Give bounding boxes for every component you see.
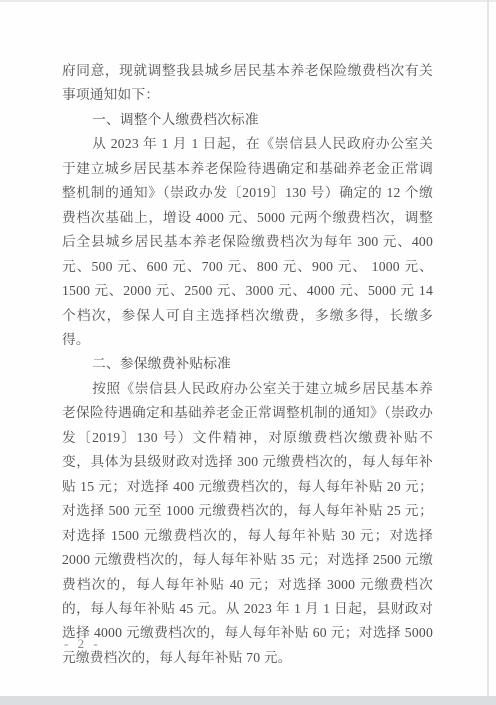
page-top-edge: [0, 0, 496, 2]
bottom-gray-bar: [0, 696, 496, 705]
paragraph-section-2: 按照《崇信县人民政府办公室关于建立城乡居民基本养老保险待遇确定和基础养老金正常调…: [62, 377, 433, 670]
section-heading-1: 一、调整个人缴费档次标准: [62, 108, 433, 132]
document-page: 府同意，现就调整我县城乡居民基本养老保险缴费档次有关事项通知如下： 一、调整个人…: [0, 0, 496, 705]
section-heading-2: 二、参保缴费补贴标准: [62, 352, 433, 376]
paragraph-continuation: 府同意，现就调整我县城乡居民基本养老保险缴费档次有关事项通知如下：: [62, 59, 433, 108]
paragraph-section-1: 从 2023 年 1 月 1 日起，在《崇信县人民政府办公室关于建立城乡居民基本…: [62, 132, 433, 352]
page-right-edge: [487, 0, 489, 705]
page-number: - 2 -: [64, 636, 101, 651]
document-body: 府同意，现就调整我县城乡居民基本养老保险缴费档次有关事项通知如下： 一、调整个人…: [62, 59, 433, 670]
document-viewer: 府同意，现就调整我县城乡居民基本养老保险缴费档次有关事项通知如下： 一、调整个人…: [0, 0, 496, 705]
